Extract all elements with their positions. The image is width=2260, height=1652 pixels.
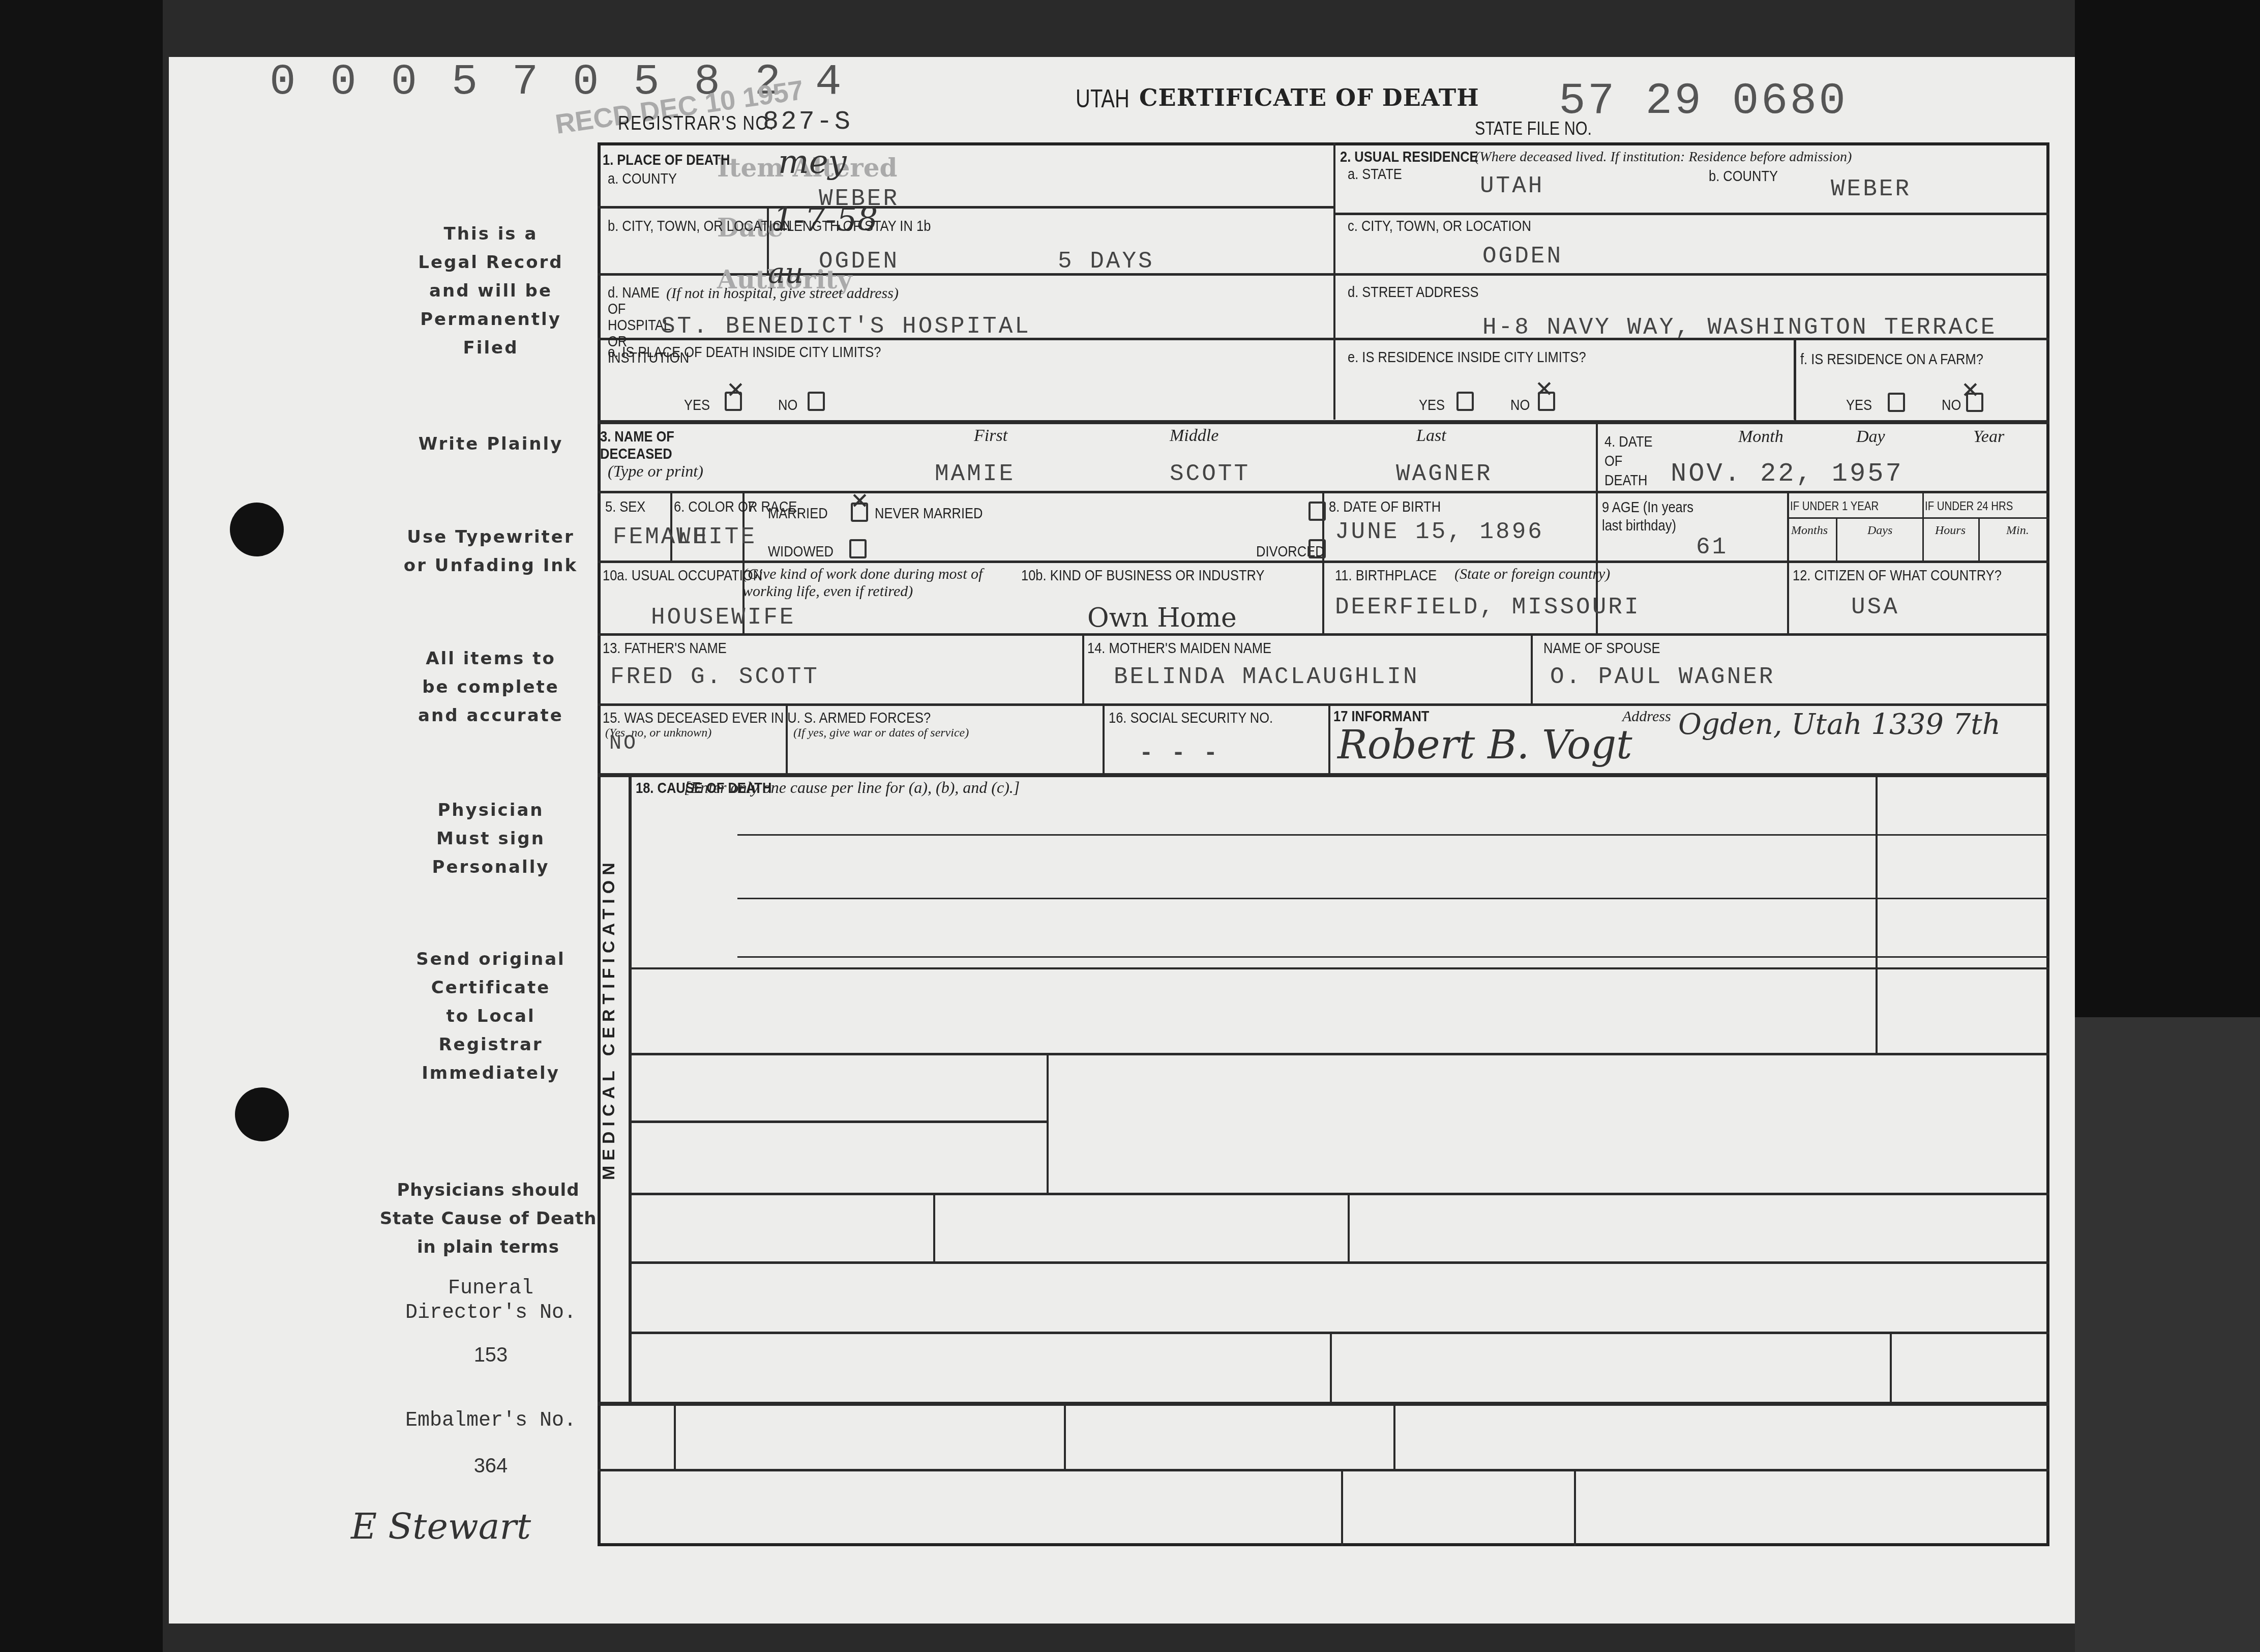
- note-send-original: Send originalCertificateto LocalRegistra…: [379, 945, 603, 1087]
- days-label: Days: [1867, 524, 1892, 538]
- divider: [598, 420, 2049, 424]
- divider: [1836, 519, 1837, 561]
- last-name: WAGNER: [1396, 461, 1493, 487]
- title-state: UTAH: [1076, 84, 1129, 113]
- birthplace-hint: (State or foreign country): [1454, 566, 1610, 583]
- date-of-death: NOV. 22, 1957: [1671, 459, 1904, 489]
- yes-label: YES: [684, 397, 710, 414]
- funeral-director-no: 153: [379, 1343, 603, 1367]
- page-title: CERTIFICATE OF DEATH: [1139, 84, 1479, 111]
- length-of-stay: 5 DAYS: [1058, 248, 1154, 275]
- months-label: Months: [1791, 524, 1828, 538]
- divider: [1103, 703, 1105, 775]
- no-label: NO: [1942, 397, 1961, 414]
- day-label: Day: [1856, 427, 1885, 447]
- business: Own Home: [1087, 603, 1237, 633]
- occupation-hint: (Give kind of work done during most of w…: [742, 566, 1027, 600]
- armed-forces-question: 15. WAS DECEASED EVER IN U. S. ARMED FOR…: [603, 710, 931, 727]
- usual-residence-hint: (Where deceased lived. If institution: R…: [1475, 149, 1852, 165]
- middle-name: SCOTT: [1170, 461, 1250, 487]
- note-write-plainly: Write Plainly: [379, 430, 603, 458]
- res-state: UTAH: [1480, 173, 1544, 199]
- checkmark-x-icon: ✕: [850, 488, 869, 514]
- under-1-year-label: IF UNDER 1 YEAR: [1790, 499, 1879, 514]
- res-inside-city-question: e. IS RESIDENCE INSIDE CITY LIMITS?: [1348, 349, 1586, 366]
- divider: [1393, 1404, 1395, 1470]
- never-married-label: NEVER MARRIED: [875, 505, 983, 522]
- birthplace-label: 11. BIRTHPLACE: [1335, 567, 1437, 584]
- divider: [1876, 777, 1878, 1054]
- city-label: b. CITY, TOWN, OR LOCATION: [608, 218, 792, 235]
- yes-label: YES: [1846, 397, 1872, 414]
- social-security-no: - - -: [1139, 740, 1220, 766]
- cause-hint: [Enter only one cause per line for (a), …: [684, 778, 1020, 797]
- res-county-label: b. COUNTY: [1709, 168, 1778, 185]
- death-city: OGDEN: [819, 248, 899, 275]
- farm-yes-checkbox[interactable]: [1888, 393, 1905, 412]
- informant-signature: Robert B. Vogt: [1337, 722, 1632, 768]
- place-of-death-label: 1. PLACE OF DEATH: [603, 152, 730, 169]
- punch-hole-bottom: [235, 1087, 289, 1141]
- age: 61: [1696, 534, 1728, 560]
- res-city-label: c. CITY, TOWN, OR LOCATION: [1348, 218, 1531, 235]
- no-label: NO: [778, 397, 797, 414]
- divider: [1794, 338, 1795, 420]
- occupation: HOUSEWIFE: [651, 604, 795, 631]
- usual-residence-label: 2. USUAL RESIDENCE: [1340, 149, 1478, 166]
- stay-label: c. LENGTH OF STAY IN 1b: [773, 218, 931, 235]
- first-label: First: [974, 426, 1007, 446]
- divider: [598, 773, 2049, 777]
- marital-item-number: 7: [748, 498, 755, 516]
- note-typewriter: Use Typewriteror Unfading Ink: [379, 523, 603, 580]
- funeral-director-no-label: FuneralDirector's No.: [379, 1277, 603, 1325]
- registrar-no: 827-S: [763, 107, 852, 137]
- divider: [1574, 1469, 1576, 1546]
- divider: [1787, 491, 1789, 633]
- spouse-name: O. PAUL WAGNER: [1550, 664, 1775, 690]
- divider: [631, 1053, 2049, 1055]
- divorced-checkbox[interactable]: [1309, 539, 1326, 558]
- item-altered-value: mey: [778, 143, 847, 181]
- divider: [598, 206, 1335, 209]
- res-county: WEBER: [1831, 176, 1911, 202]
- hospital-hint: (If not in hospital, give street address…: [666, 285, 899, 302]
- cause-line-b: [737, 898, 2049, 899]
- note-legal-record: This is aLegal Recordand will bePermanen…: [379, 220, 603, 362]
- divider: [631, 1261, 2049, 1264]
- father-name: FRED G. SCOTT: [610, 664, 819, 690]
- date-of-death-label: 4. DATE OF DEATH: [1604, 432, 1661, 490]
- divider: [598, 703, 2049, 706]
- res-state-label: a. STATE: [1348, 166, 1402, 183]
- street-address: H-8 NAVY WAY, WASHINGTON TERRACE: [1482, 314, 1997, 341]
- min-label: Min.: [2006, 524, 2029, 538]
- armed-forces-service-hint: (If yes, give war or dates of service): [793, 726, 969, 740]
- inside-city-question: e. IS PLACE OF DEATH INSIDE CITY LIMITS?: [608, 344, 881, 361]
- divider: [1328, 703, 1330, 775]
- divider: [629, 773, 632, 1404]
- divider: [598, 1469, 2049, 1471]
- citizen-label: 12. CITIZEN OF WHAT COUNTRY?: [1793, 567, 2002, 584]
- scan-background-right-lower: [2075, 1017, 2260, 1652]
- widowed-label: WIDOWED: [768, 543, 834, 560]
- cause-line-a: [737, 834, 2049, 836]
- county-label: a. COUNTY: [608, 170, 677, 188]
- last-label: Last: [1416, 426, 1446, 446]
- citizen: USA: [1851, 594, 1899, 621]
- ssn-label: 16. SOCIAL SECURITY NO.: [1109, 710, 1273, 727]
- embalmer-no: 364: [379, 1454, 603, 1478]
- mother-name: BELINDA MACLAUGHLIN: [1114, 664, 1419, 690]
- divider: [1978, 519, 1980, 561]
- type-or-print-hint: (Type or print): [608, 462, 703, 481]
- spouse-label: NAME OF SPOUSE: [1543, 640, 1660, 657]
- divider: [1890, 1332, 1892, 1403]
- divider: [598, 1402, 2049, 1406]
- divider: [631, 1193, 2049, 1195]
- divider: [631, 967, 2049, 969]
- informant-address: Ogden, Utah 1339 7th: [1678, 708, 2001, 741]
- note-complete: All items tobe completeand accurate: [379, 644, 603, 730]
- divider: [1341, 1469, 1343, 1546]
- married-label: MARRIED: [768, 505, 828, 522]
- date-of-birth: JUNE 15, 1896: [1335, 519, 1544, 545]
- divider: [1330, 1332, 1332, 1403]
- checkmark-x-icon: ✕: [1535, 376, 1554, 402]
- race: WHITE: [676, 524, 757, 550]
- divider: [1082, 633, 1084, 704]
- divider: [598, 633, 2049, 636]
- divider: [1333, 142, 1335, 420]
- never-married-checkbox[interactable]: [1309, 501, 1326, 521]
- punch-hole-top: [230, 503, 284, 556]
- divider: [1787, 517, 2049, 519]
- hospital-name: ST. BENEDICT'S HOSPITAL: [661, 313, 1031, 340]
- checkmark-x-icon: ✕: [726, 377, 745, 403]
- death-county: WEBER: [819, 186, 899, 212]
- occupation-label: 10a. USUAL OCCUPATION: [603, 567, 762, 584]
- note-physicians-should: Physicians shouldState Cause of Deathin …: [376, 1176, 600, 1261]
- res-city: OGDEN: [1482, 243, 1563, 270]
- hours-label: Hours: [1935, 524, 1966, 538]
- checkmark-x-icon: ✕: [1961, 377, 1980, 403]
- divider: [1047, 1053, 1049, 1193]
- age-label: 9 AGE (In years last birthday): [1602, 498, 1702, 535]
- sex-label: 5. SEX: [605, 498, 645, 516]
- address-label: Address: [1622, 708, 1671, 725]
- yes-label: YES: [1419, 397, 1445, 414]
- divider: [933, 1193, 935, 1261]
- widowed-checkbox[interactable]: [849, 539, 867, 558]
- divider: [1348, 1193, 1350, 1261]
- birthplace: DEERFIELD, MISSOURI: [1335, 594, 1641, 621]
- registrar-no-label: REGISTRAR'S NO.: [618, 113, 775, 135]
- divider: [1335, 213, 2049, 215]
- note-physician-sign: PhysicianMust signPersonally: [379, 796, 603, 881]
- embalmer-signature: E Stewart: [351, 1506, 531, 1547]
- cause-line-c: [737, 956, 2049, 958]
- state-file-number: 57 29 0680: [1559, 76, 1848, 127]
- name-of-deceased-label: 3. NAME OF DECEASED: [600, 428, 687, 463]
- date-of-birth-label: 8. DATE OF BIRTH: [1329, 498, 1441, 516]
- month-label: Month: [1738, 427, 1783, 447]
- divider: [631, 1120, 1048, 1123]
- street-label: d. STREET ADDRESS: [1348, 284, 1478, 301]
- state-file-label: STATE FILE NO.: [1475, 118, 1592, 139]
- divider: [631, 1332, 2049, 1334]
- farm-question: f. IS RESIDENCE ON A FARM?: [1800, 351, 1983, 368]
- medical-certification-label: MEDICAL CERTIFICATION: [599, 858, 619, 1180]
- armed-forces: NO: [609, 732, 638, 755]
- divider: [674, 1404, 676, 1470]
- first-name: MAMIE: [935, 461, 1015, 487]
- divider: [1531, 633, 1533, 704]
- inside-city-no-checkbox[interactable]: [808, 392, 825, 411]
- under-24-hrs-label: IF UNDER 24 HRS: [1925, 499, 2013, 514]
- divider: [1064, 1404, 1066, 1470]
- res-inside-city-yes-checkbox[interactable]: [1456, 392, 1474, 411]
- year-label: Year: [1973, 427, 2004, 447]
- scan-background-left: [0, 0, 163, 1652]
- embalmer-no-label: Embalmer's No.: [379, 1409, 603, 1433]
- divider: [1922, 492, 1924, 561]
- mother-label: 14. MOTHER'S MAIDEN NAME: [1087, 640, 1271, 657]
- business-label: 10b. KIND OF BUSINESS OR INDUSTRY: [1021, 567, 1264, 584]
- father-label: 13. FATHER'S NAME: [603, 640, 727, 657]
- middle-label: Middle: [1170, 426, 1218, 446]
- no-label: NO: [1510, 397, 1530, 414]
